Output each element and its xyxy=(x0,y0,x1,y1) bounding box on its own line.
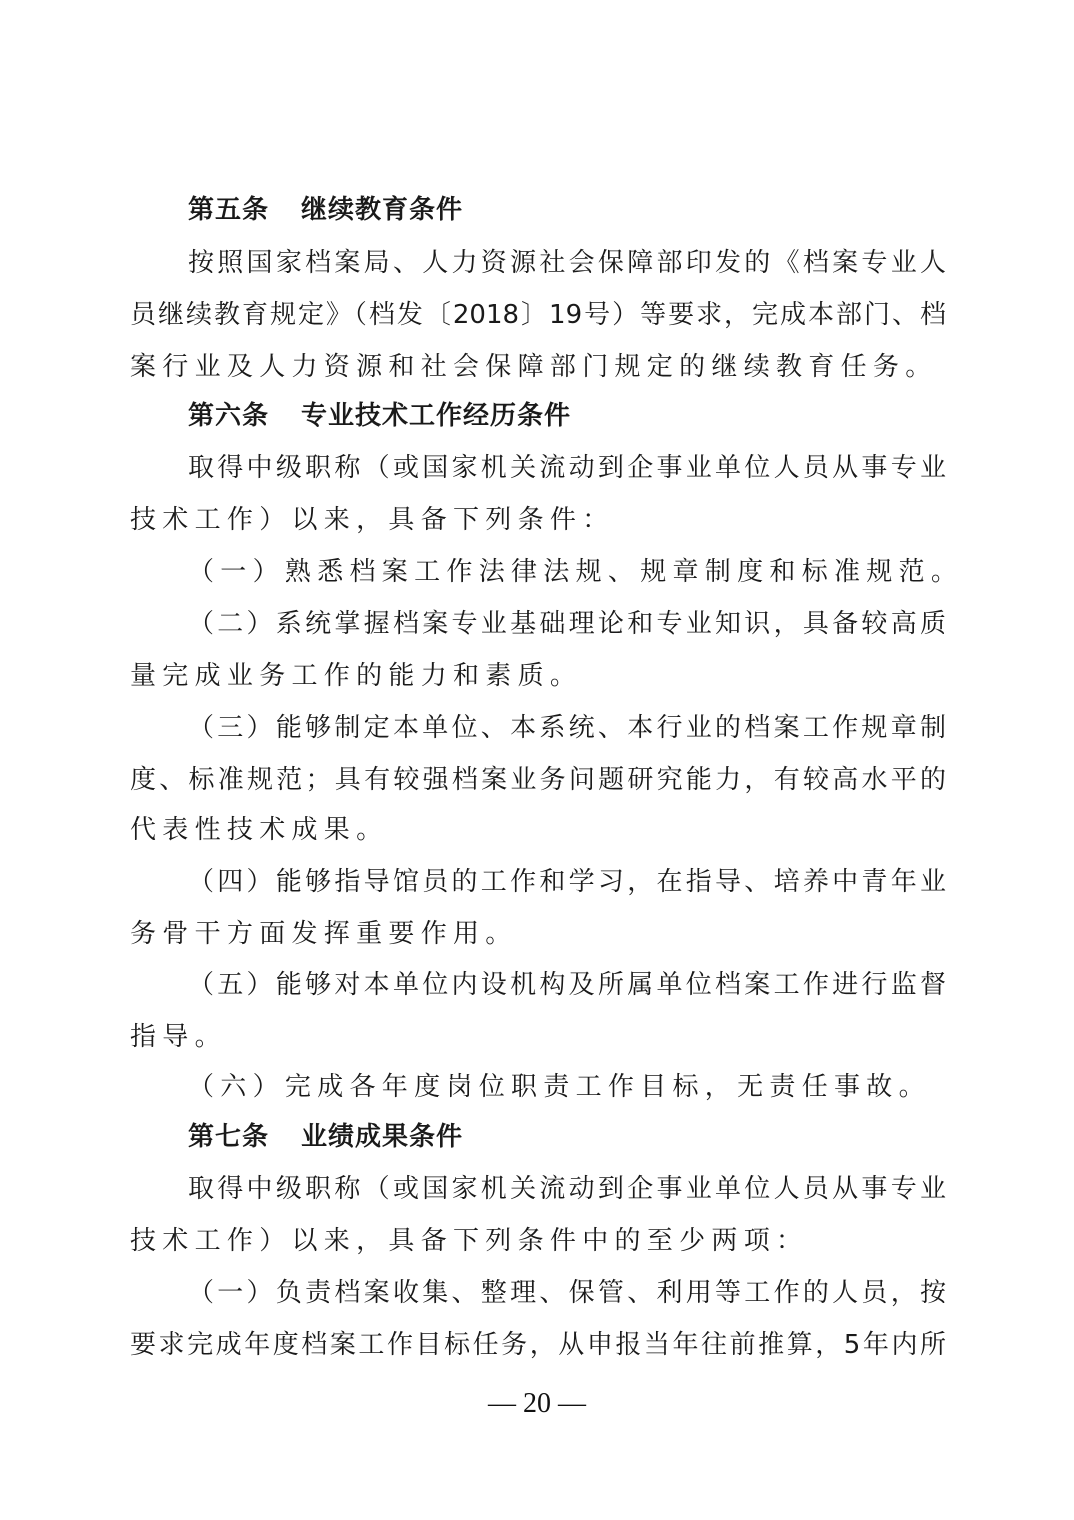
list-item: （一）熟悉档案工作法律法规、规章制度和标准规范。 xyxy=(188,552,946,592)
list-item: （五）能够对本单位内设机构及所属单位档案工作进行监督 xyxy=(188,965,946,1005)
list-item: （二）系统掌握档案专业基础理论和专业知识，具备较高质 xyxy=(188,604,946,644)
article-5-heading: 第五条继续教育条件 xyxy=(188,190,946,230)
paragraph-line: 量完成业务工作的能力和素质。 xyxy=(130,656,946,696)
article-title: 业绩成果条件 xyxy=(301,1122,463,1152)
paragraph-line: 案行业及人力资源和社会保障部门规定的继续教育任务。 xyxy=(130,347,946,387)
paragraph-line: 代表性技术成果。 xyxy=(130,810,946,850)
page-number: — 20 — xyxy=(0,1388,1074,1420)
paragraph-line: 要求完成年度档案工作目标任务，从申报当年往前推算，5年内所 xyxy=(130,1325,946,1365)
paragraph-line: 按照国家档案局、人力资源社会保障部印发的《档案专业人 xyxy=(188,243,946,283)
paragraph-line: 取得中级职称（或国家机关流动到企事业单位人员从事专业 xyxy=(188,1169,946,1209)
article-number: 第七条 xyxy=(188,1122,269,1152)
paragraph-line: 员继续教育规定》（档发〔2018〕19号）等要求，完成本部门、档 xyxy=(130,295,946,335)
article-number: 第五条 xyxy=(188,195,269,225)
list-item: （六）完成各年度岗位职责工作目标，无责任事故。 xyxy=(188,1067,946,1107)
paragraph-line: 技术工作）以来，具备下列条件中的至少两项： xyxy=(130,1221,946,1261)
paragraph-line: 技术工作）以来，具备下列条件： xyxy=(130,500,946,540)
article-7-heading: 第七条业绩成果条件 xyxy=(188,1117,946,1157)
paragraph-line: 务骨干方面发挥重要作用。 xyxy=(130,914,946,954)
paragraph-line: 指导。 xyxy=(130,1017,946,1057)
list-item: （四）能够指导馆员的工作和学习，在指导、培养中青年业 xyxy=(188,862,946,902)
article-6-heading: 第六条专业技术工作经历条件 xyxy=(188,396,946,436)
paragraph-line: 取得中级职称（或国家机关流动到企事业单位人员从事专业 xyxy=(188,448,946,488)
list-item: （一）负责档案收集、整理、保管、利用等工作的人员，按 xyxy=(188,1273,946,1313)
article-title: 专业技术工作经历条件 xyxy=(301,401,571,431)
document-page: 第五条继续教育条件 按照国家档案局、人力资源社会保障部印发的《档案专业人 员继续… xyxy=(0,0,1074,1520)
article-number: 第六条 xyxy=(188,401,269,431)
paragraph-line: 度、标准规范；具有较强档案业务问题研究能力，有较高水平的 xyxy=(130,760,946,800)
article-title: 继续教育条件 xyxy=(301,195,463,225)
list-item: （三）能够制定本单位、本系统、本行业的档案工作规章制 xyxy=(188,708,946,748)
